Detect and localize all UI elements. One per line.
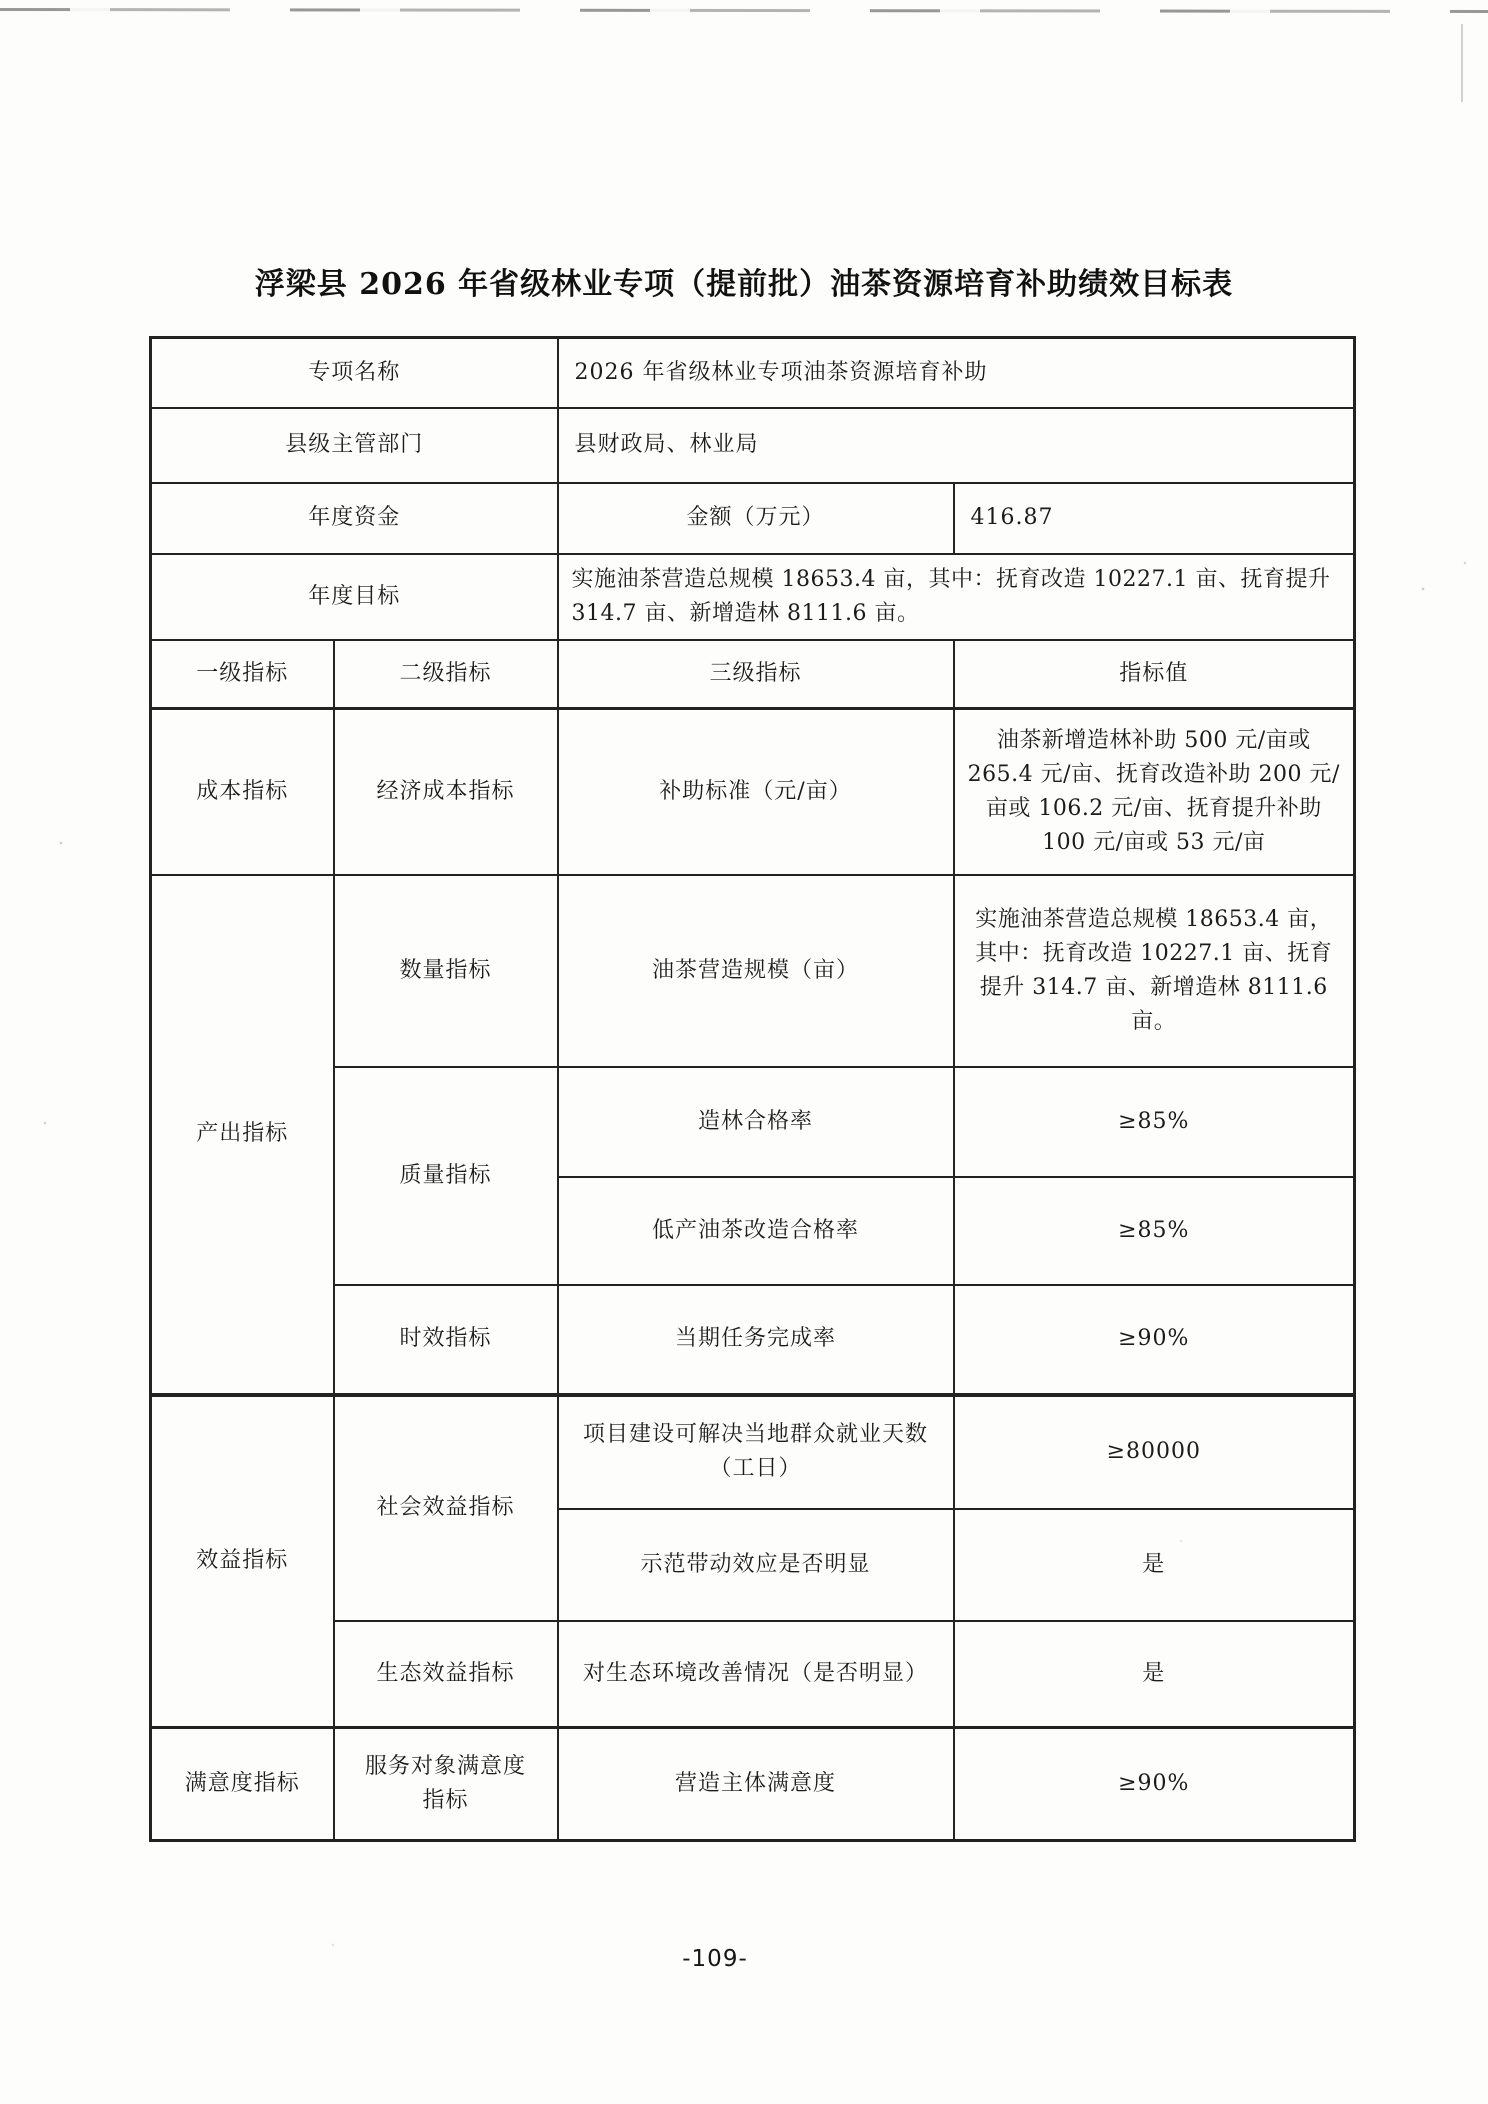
cell-ecological-value: 是: [954, 1621, 1355, 1728]
table-row-satisfaction: 满意度指标 服务对象满意度指标 营造主体满意度 ≥90%: [151, 1728, 1355, 1841]
cell-satisfaction-level2: 服务对象满意度指标: [334, 1728, 558, 1841]
table-row: 年度目标 实施油茶营造总规模 18653.4 亩，其中：抚育改造 10227.1…: [151, 554, 1355, 640]
scanned-document-page: { "document": { "title": "浮梁县 2026 年省级林业…: [0, 0, 1488, 2104]
cell-social1-value: ≥80000: [954, 1395, 1355, 1509]
cell-cost-value: 油茶新增造林补助 500 元/亩或 265.4 元/亩、抚育改造补助 200 元…: [954, 709, 1355, 875]
cell-quantity-level3: 油茶营造规模（亩）: [558, 875, 954, 1067]
header-value: 指标值: [954, 640, 1355, 709]
table-row-output-quantity: 产出指标 数量指标 油茶营造规模（亩） 实施油茶营造总规模 18653.4 亩，…: [151, 875, 1355, 1067]
cell-annual-goal-label: 年度目标: [151, 554, 558, 640]
page-title: 浮梁县 2026 年省级林业专项（提前批）油茶资源培育补助绩效目标表: [0, 0, 1488, 303]
cell-cost-level2: 经济成本指标: [334, 709, 558, 875]
header-level3: 三级指标: [558, 640, 954, 709]
table-row-benefit-social-1: 效益指标 社会效益指标 项目建设可解决当地群众就业天数（工日） ≥80000: [151, 1395, 1355, 1509]
cell-benefit-level1: 效益指标: [151, 1395, 334, 1728]
header-level1: 一级指标: [151, 640, 334, 709]
scan-artifact-dots: [0, 0, 2, 2]
cell-timeliness-level3: 当期任务完成率: [558, 1285, 954, 1395]
cell-output-level1: 产出指标: [151, 875, 334, 1395]
table-row-cost: 成本指标 经济成本指标 补助标准（元/亩） 油茶新增造林补助 500 元/亩或 …: [151, 709, 1355, 875]
cell-annual-fund-amount-label: 金额（万元）: [558, 483, 954, 554]
cell-quantity-value: 实施油茶营造总规模 18653.4 亩，其中：抚育改造 10227.1 亩、抚育…: [954, 875, 1355, 1067]
cell-cost-level3: 补助标准（元/亩）: [558, 709, 954, 875]
cell-annual-goal-value: 实施油茶营造总规模 18653.4 亩，其中：抚育改造 10227.1 亩、抚育…: [558, 554, 1355, 640]
cell-satisfaction-level3: 营造主体满意度: [558, 1728, 954, 1841]
cell-county-department-label: 县级主管部门: [151, 408, 558, 483]
cell-quality2-level3: 低产油茶改造合格率: [558, 1177, 954, 1285]
performance-target-table: 专项名称 2026 年省级林业专项油茶资源培育补助 县级主管部门 县财政局、林业…: [149, 336, 1356, 1842]
cell-project-name-label: 专项名称: [151, 338, 558, 408]
cell-county-department-value: 县财政局、林业局: [558, 408, 1355, 483]
cell-cost-level1: 成本指标: [151, 709, 334, 875]
cell-social2-value: 是: [954, 1509, 1355, 1621]
cell-timeliness-value: ≥90%: [954, 1285, 1355, 1395]
scan-artifact-right-streak: [1461, 24, 1463, 102]
table-row: 县级主管部门 县财政局、林业局: [151, 408, 1355, 483]
cell-social-level2: 社会效益指标: [334, 1395, 558, 1621]
cell-satisfaction-level1: 满意度指标: [151, 1728, 334, 1841]
header-level2: 二级指标: [334, 640, 558, 709]
cell-timeliness-level2: 时效指标: [334, 1285, 558, 1395]
cell-quality-level2: 质量指标: [334, 1067, 558, 1285]
indicator-header-row: 一级指标 二级指标 三级指标 指标值: [151, 640, 1355, 709]
cell-project-name-value: 2026 年省级林业专项油茶资源培育补助: [558, 338, 1355, 408]
cell-ecological-level2: 生态效益指标: [334, 1621, 558, 1728]
table-row: 专项名称 2026 年省级林业专项油茶资源培育补助: [151, 338, 1355, 408]
cell-quality1-value: ≥85%: [954, 1067, 1355, 1177]
table-row: 年度资金 金额（万元） 416.87: [151, 483, 1355, 554]
page-number: -109-: [0, 1946, 1430, 1972]
cell-social1-level3: 项目建设可解决当地群众就业天数（工日）: [558, 1395, 954, 1509]
cell-annual-fund-label: 年度资金: [151, 483, 558, 554]
cell-quantity-level2: 数量指标: [334, 875, 558, 1067]
cell-satisfaction-value: ≥90%: [954, 1728, 1355, 1841]
cell-social2-level3: 示范带动效应是否明显: [558, 1509, 954, 1621]
cell-quality1-level3: 造林合格率: [558, 1067, 954, 1177]
cell-ecological-level3: 对生态环境改善情况（是否明显）: [558, 1621, 954, 1728]
cell-quality2-value: ≥85%: [954, 1177, 1355, 1285]
cell-annual-fund-amount-value: 416.87: [954, 483, 1355, 554]
